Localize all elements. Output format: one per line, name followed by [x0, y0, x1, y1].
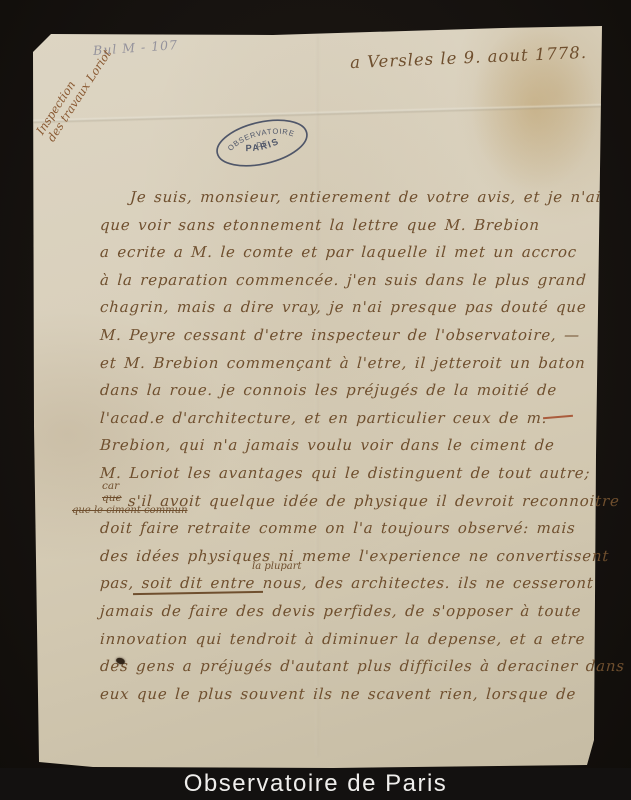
manuscript-line: doit faire retraite comme on l'a toujour… — [99, 515, 586, 543]
paper-fold-crease-horizontal — [33, 104, 603, 123]
manuscript-line: des idées physiques ni meme l'experience… — [99, 543, 586, 571]
manuscript-line: à la reparation commencée. j'en suis dan… — [99, 267, 586, 295]
manuscript-line: chagrin, mais a dire vray, je n'ai presq… — [99, 294, 586, 322]
manuscript-photo: Bul M - 107 Inspection des travaux Lorio… — [0, 0, 631, 800]
interlinear-note-ciment: que le ciment commun — [72, 505, 188, 516]
letter-body: Je suis, monsieur, entierement de votre … — [100, 184, 586, 708]
caption-text: Observatoire de Paris — [184, 770, 448, 798]
manuscript-line: jamais de faire des devis perfides, de s… — [99, 598, 586, 626]
caption-band: Observatoire de Paris — [0, 768, 631, 800]
interlinear-struck-que: que — [102, 492, 122, 504]
interlinear-insertion-car: car — [102, 480, 119, 492]
manuscript-line: Brebion, qui n'a jamais voulu voir dans … — [99, 432, 586, 460]
manuscript-line: que voir sans etonnement la lettre que M… — [99, 212, 586, 240]
manuscript-line: M. Peyre cessant d'etre inspecteur de l'… — [99, 322, 586, 350]
manuscript-line: a ecrite a M. le comte et par laquelle i… — [99, 239, 586, 267]
manuscript-line: l'acad.e d'architecture, et en particuli… — [99, 405, 586, 433]
manuscript-line: M. Loriot les avantages qui le distingue… — [99, 460, 586, 488]
manuscript-line: Je suis, monsieur, entierement de votre … — [99, 184, 586, 212]
manuscript-line: et M. Brebion commençant à l'etre, il je… — [99, 350, 586, 378]
manuscript-line: des gens a préjugés d'autant plus diffic… — [99, 653, 586, 681]
manuscript-line: innovation qui tendroit à diminuer la de… — [99, 626, 586, 654]
interlinear-insertion-la-plupart: la plupart — [252, 561, 302, 572]
manuscript-line: dans la roue. je connois les préjugés de… — [99, 377, 586, 405]
manuscript-line: eux que le plus souvent ils ne scavent r… — [99, 681, 586, 709]
